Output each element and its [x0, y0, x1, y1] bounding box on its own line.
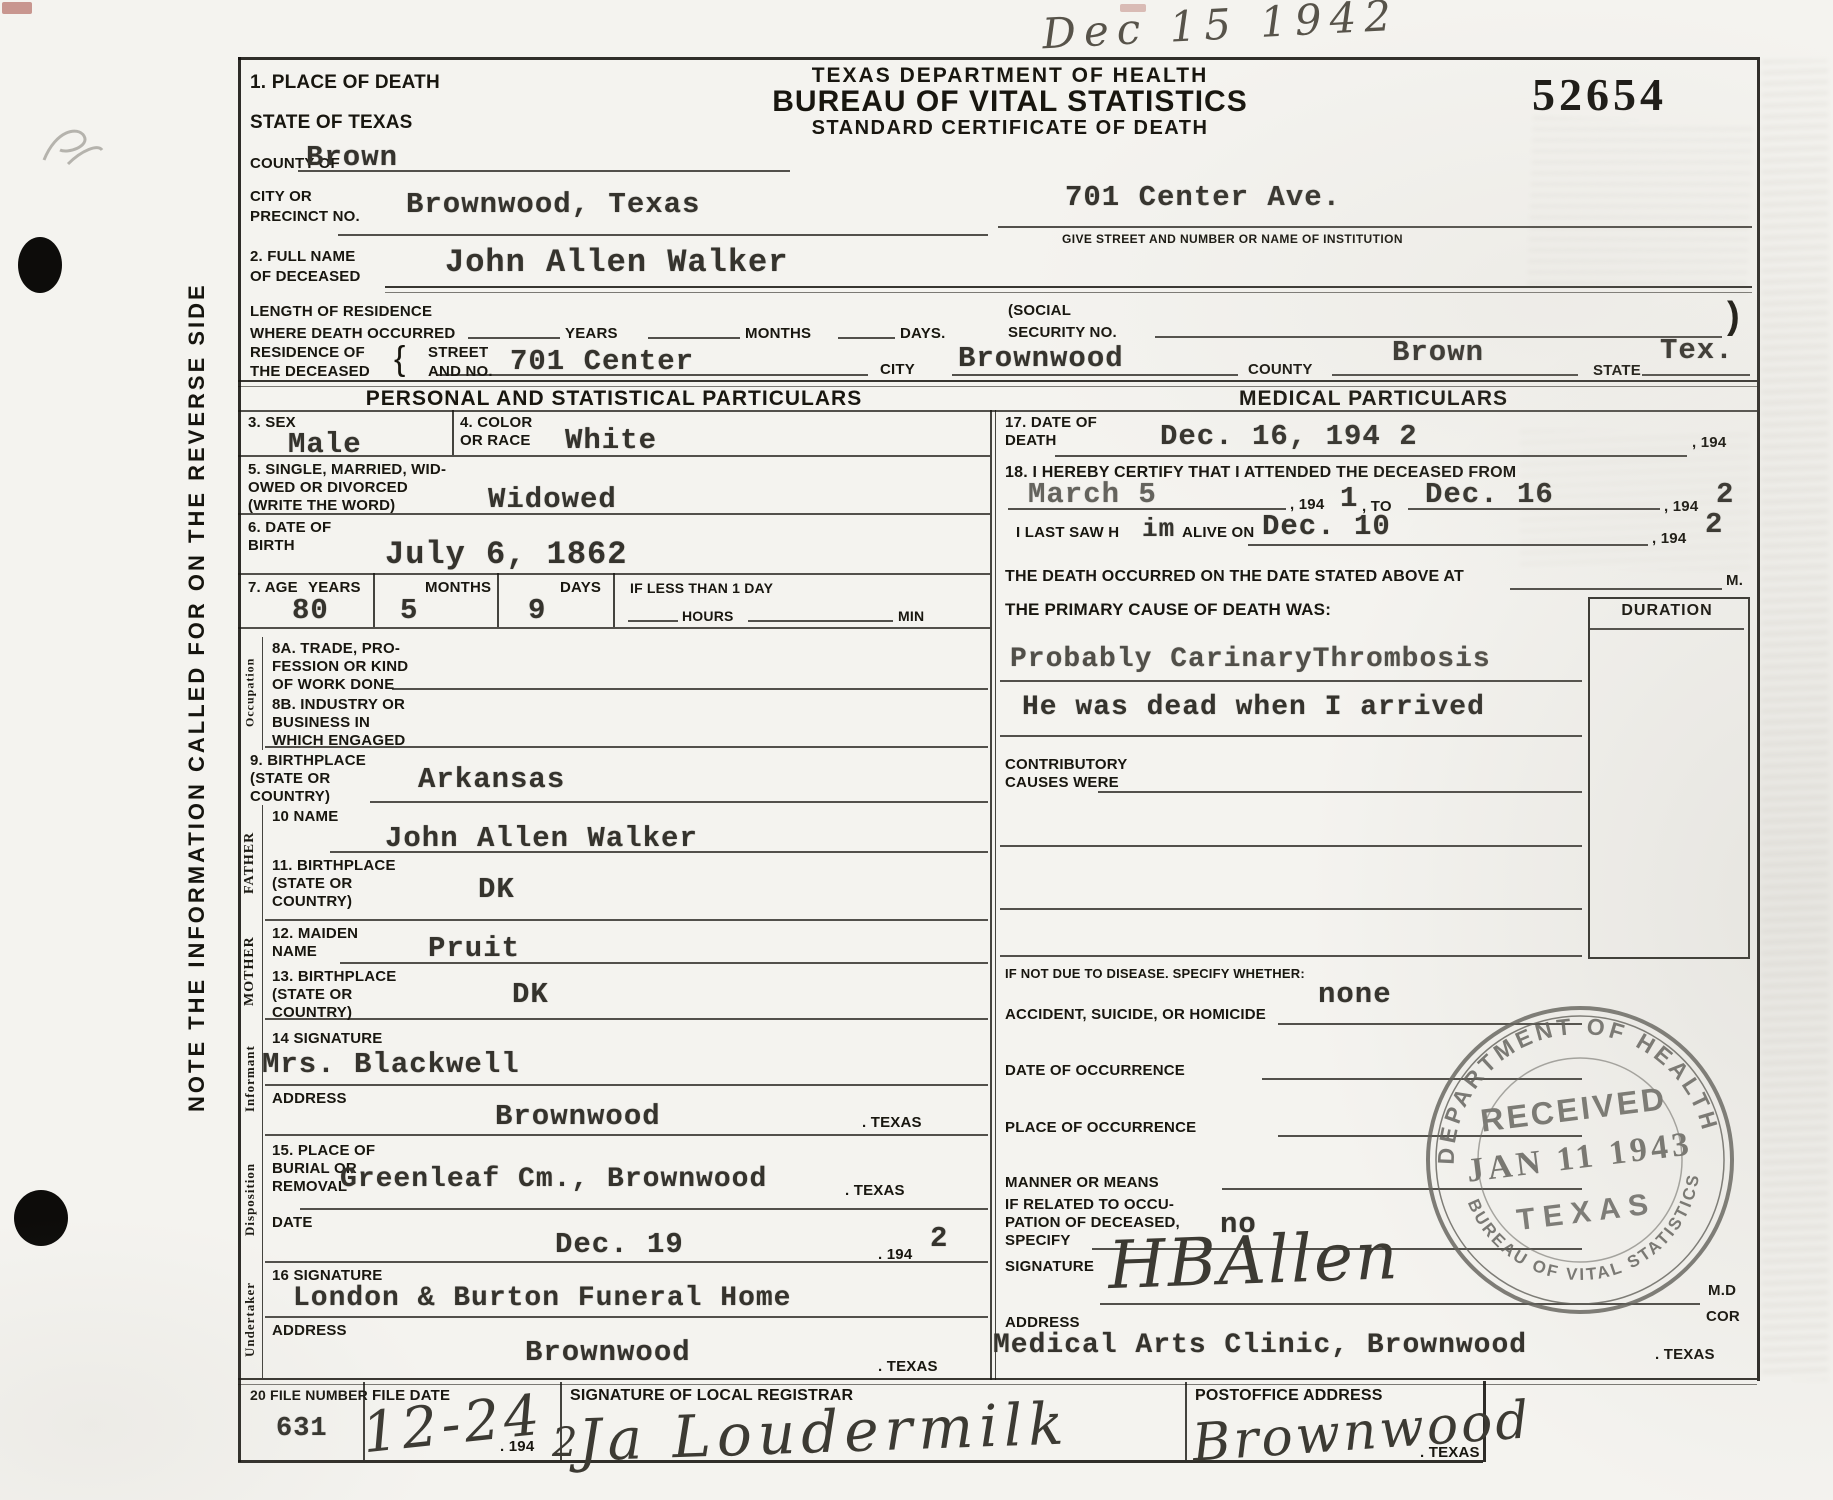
rule [1642, 374, 1750, 376]
red-mark [2, 2, 32, 14]
cell-divider [452, 410, 454, 455]
date-occurrence-label: DATE OF OCCURRENCE [1005, 1062, 1185, 1079]
top-filing-note: Dec 15 1942 [1041, 0, 1400, 58]
sidebar-divider [262, 805, 263, 1378]
rule [1008, 508, 1286, 510]
trade-label2: FESSION OR KIND [272, 658, 408, 675]
rule [648, 337, 740, 339]
date-of-death-label2: DEATH [1005, 432, 1057, 449]
hours-label: HOURS [682, 608, 734, 624]
res-county-value: Brown [1392, 336, 1484, 369]
father-birthplace-label3: COUNTRY) [272, 893, 352, 910]
rule [265, 1134, 988, 1136]
birthplace-label: 9. BIRTHPLACE [250, 752, 366, 769]
informant-signature-label: 14 SIGNATURE [272, 1030, 382, 1047]
burial-date-label: DATE [272, 1214, 313, 1231]
bleed-through-artifact [1527, 116, 1753, 294]
burial-date-year-value: 2 [930, 1222, 948, 1255]
father-group-label: FATHER [238, 805, 262, 920]
burial-label: 15. PLACE OF [272, 1142, 375, 1159]
rule [298, 170, 790, 172]
place-of-death-label: 1. PLACE OF DEATH [250, 72, 440, 94]
paren-close: ) [1727, 295, 1740, 338]
pencil-scribble [38, 120, 108, 190]
years-label: YEARS [565, 325, 618, 342]
age-months-label: MONTHS [425, 579, 491, 596]
mother-birthplace-label2: (STATE OR [272, 986, 352, 1003]
file-date-year-value: 2 [552, 1420, 577, 1466]
rule [238, 410, 1757, 412]
undertaker-address-state: . TEXAS [878, 1358, 938, 1375]
file-date-year: . 194 [500, 1438, 534, 1455]
rule [1000, 735, 1582, 737]
manner-means-label: MANNER OR MEANS [1005, 1174, 1159, 1191]
fullname-label2: OF DECEASED [250, 268, 361, 285]
rule [392, 688, 988, 690]
deceased-name-value: John Allen Walker [445, 244, 788, 281]
file-number-value: 631 [276, 1414, 328, 1444]
marital-label3: (WRITE THE WORD) [248, 497, 395, 514]
undertaker-address-label: ADDRESS [272, 1322, 347, 1339]
mother-birthplace-label: 13. BIRTHPLACE [272, 968, 397, 985]
age-months-value: 5 [400, 594, 418, 627]
father-birthplace-label2: (STATE OR [272, 875, 352, 892]
less-than-day-label: IF LESS THAN 1 DAY [630, 580, 773, 596]
rule [370, 801, 988, 803]
father-name-label: 10 NAME [272, 808, 338, 825]
primary-cause-label: THE PRIMARY CAUSE OF DEATH WAS: [1005, 600, 1331, 620]
informant-address-value: Brownwood [495, 1100, 661, 1133]
rule [628, 620, 678, 622]
death-certificate-scan: Dec 15 1942 NOTE THE INFORMATION CALLED … [0, 0, 1833, 1500]
ssn-label: (SOCIAL [1008, 302, 1071, 319]
sidebar-divider [262, 637, 263, 750]
last-saw-year-value: 2 [1705, 508, 1723, 541]
frame-top [238, 57, 1757, 60]
physician-signature-label: SIGNATURE [1005, 1258, 1094, 1275]
residence-length-label: LENGTH OF RESIDENCE [250, 303, 432, 320]
cor-label: COR [1706, 1308, 1740, 1325]
marital-value: Widowed [488, 483, 617, 516]
contributory-label2: CAUSES WERE [1005, 774, 1119, 791]
hole-punch-top [18, 237, 62, 293]
rule [1332, 374, 1578, 376]
father-birthplace-label: 11. BIRTHPLACE [272, 857, 396, 874]
industry-label: 8B. INDUSTRY OR [272, 696, 405, 713]
months-label: MONTHS [745, 325, 811, 342]
street-caption: GIVE STREET AND NUMBER OR NAME OF INSTIT… [1062, 232, 1403, 246]
rule [468, 337, 560, 339]
color-race-label: 4. COLOR [460, 414, 532, 431]
street-no-label2: AND NO. [428, 363, 493, 380]
res-state-label: STATE [1593, 362, 1641, 379]
rule [265, 1316, 988, 1318]
rule [748, 620, 893, 622]
fullname-label: 2. FULL NAME [250, 248, 355, 265]
cell-divider [497, 573, 499, 627]
burial-label3: REMOVAL [272, 1178, 347, 1195]
maiden-name-value: Pruit [428, 932, 520, 965]
physician-address-label: ADDRESS [1005, 1314, 1080, 1331]
duration-label: DURATION [1590, 602, 1744, 620]
burial-place-value: Greenleaf Cm., Brownwood [340, 1164, 767, 1195]
rule [438, 374, 868, 376]
residence-length-label2: WHERE DEATH OCCURRED [250, 325, 455, 342]
rule [238, 1378, 1757, 1385]
margin-note: NOTE THE INFORMATION CALLED FOR ON THE R… [184, 282, 210, 1112]
informant-signature-value: Mrs. Blackwell [262, 1048, 520, 1081]
column-divider [995, 410, 996, 1380]
residence-of-label2: THE DECEASED [250, 363, 370, 380]
days-label: DAYS. [900, 325, 945, 342]
birthplace-label2: (STATE OR [250, 770, 330, 787]
age-years-value: 80 [292, 594, 329, 627]
rule [238, 380, 1757, 387]
rule [340, 962, 988, 964]
age-days-label: DAYS [560, 579, 601, 596]
cause-of-death-value: Probably CarinaryThrombosis [1010, 644, 1491, 675]
last-saw-value: Dec. 10 [1262, 510, 1391, 543]
attended-to-year-value: 2 [1716, 478, 1734, 511]
rule [1000, 908, 1582, 910]
death-occurred-suffix: M. [1726, 572, 1743, 589]
street-address-value: 701 Center Ave. [1065, 181, 1341, 214]
cause-of-death-note: He was dead when I arrived [1022, 692, 1485, 723]
maiden-name-label2: NAME [272, 943, 317, 960]
rule [1000, 680, 1582, 682]
hole-punch-bottom [14, 1190, 68, 1246]
attended-to-value: Dec. 16 [1425, 478, 1554, 511]
state-of-texas-label: STATE OF TEXAS [250, 112, 413, 134]
marital-label2: OWED OR DIVORCED [248, 479, 408, 496]
res-county-label: COUNTY [1248, 361, 1313, 378]
attended-from-value: March 5 [1028, 478, 1157, 511]
footer-divider [1185, 1382, 1187, 1460]
burial-date-value: Dec. 19 [555, 1228, 684, 1261]
undertaker-signature-label: 16 SIGNATURE [272, 1267, 382, 1284]
title-line2: BUREAU OF VITAL STATISTICS [620, 85, 1400, 119]
rule [1510, 588, 1722, 590]
occupation-group-label: Occupation [238, 637, 262, 747]
received-stamp: DEPARTMENT OF HEALTH BUREAU OF VITAL STA… [1396, 976, 1764, 1344]
rule [330, 851, 988, 853]
physician-signature: HBAllen [1107, 1217, 1401, 1304]
disposition-group-label: Disposition [238, 1138, 262, 1261]
birthplace-label3: COUNTRY) [250, 788, 330, 805]
specify-label: SPECIFY [1005, 1232, 1071, 1249]
contributory-label: CONTRIBUTORY [1005, 756, 1127, 773]
city-value: Brownwood, Texas [406, 188, 700, 221]
rule [1000, 845, 1582, 847]
informant-address-state: . TEXAS [862, 1114, 922, 1131]
min-label: MIN [898, 608, 924, 624]
postoffice-state: . TEXAS [1420, 1444, 1480, 1461]
occupation-related-label: IF RELATED TO OCCU- [1005, 1196, 1174, 1213]
rule [998, 226, 1752, 228]
residence-of-label: RESIDENCE OF [250, 344, 365, 361]
rule [238, 513, 990, 515]
color-race-value: White [565, 424, 657, 457]
informant-group-label: Informant [238, 1022, 262, 1135]
father-birthplace-value: DK [478, 873, 515, 906]
brace: { [394, 340, 406, 379]
informant-address-label: ADDRESS [272, 1090, 347, 1107]
age-days-value: 9 [528, 594, 546, 627]
undertaker-group-label: Undertaker [238, 1264, 262, 1376]
burial-state: . TEXAS [845, 1182, 905, 1199]
stamp-texas: TEXAS [1515, 1187, 1658, 1237]
rule [838, 337, 895, 339]
res-city-label: CITY [880, 361, 915, 378]
rule [952, 374, 1238, 376]
trade-label: 8A. TRADE, PRO- [272, 640, 400, 657]
city-label: CITY OR [250, 188, 312, 205]
marital-label: 5. SINGLE, MARRIED, WID- [248, 461, 446, 478]
city-label2: PRECINCT NO. [250, 208, 360, 225]
birthplace-value: Arkansas [418, 763, 565, 796]
dob-label: 6. DATE OF [248, 519, 331, 536]
rule [300, 1208, 988, 1210]
street-no-label: STREET [428, 344, 488, 361]
last-saw-year-label: , 194 [1652, 530, 1686, 547]
column-divider [990, 410, 992, 1380]
attended-to-year-label: , 194 [1664, 498, 1698, 515]
certificate-number: 52654 [1532, 68, 1667, 121]
date-of-death-label: 17. DATE OF [1005, 414, 1097, 431]
rule [1055, 455, 1687, 457]
rule [1000, 955, 1582, 957]
accident-label: ACCIDENT, SUICIDE, OR HOMICIDE [1005, 1006, 1266, 1023]
title-line3: STANDARD CERTIFICATE OF DEATH [620, 117, 1400, 140]
trade-label3: OF WORK DONE [272, 676, 394, 693]
duration-box [1588, 597, 1750, 959]
rule [265, 1261, 988, 1263]
res-state-value: Tex. [1660, 334, 1734, 367]
rule [1408, 508, 1660, 510]
rule [1248, 544, 1648, 546]
color-race-label2: OR RACE [460, 432, 531, 449]
res-city-value: Brownwood [958, 342, 1124, 375]
date-of-death-value: Dec. 16, 194 2 [1160, 420, 1418, 453]
rule [238, 627, 990, 629]
maiden-name-label: 12. MAIDEN [272, 925, 358, 942]
medical-section-header: MEDICAL PARTICULARS [990, 387, 1757, 411]
physician-address-state: . TEXAS [1655, 1346, 1715, 1363]
personal-section-header: PERSONAL AND STATISTICAL PARTICULARS [238, 387, 990, 411]
death-occurred-label: THE DEATH OCCURRED ON THE DATE STATED AB… [1005, 568, 1464, 586]
industry-label2: BUSINESS IN [272, 714, 370, 731]
age-label: 7. AGE [248, 579, 298, 596]
rule [265, 919, 988, 921]
cell-divider [613, 573, 615, 627]
last-saw-fill: im [1142, 514, 1175, 544]
undertaker-signature-value: London & Burton Funeral Home [293, 1283, 791, 1314]
alive-on-label: ALIVE ON [1182, 524, 1254, 541]
dob-value: July 6, 1862 [385, 536, 627, 573]
rule [265, 1084, 988, 1086]
mother-group-label: MOTHER [238, 923, 262, 1019]
undertaker-address-value: Brownwood [525, 1336, 691, 1369]
place-occurrence-label: PLACE OF OCCURRENCE [1005, 1119, 1196, 1136]
rule [238, 455, 990, 457]
rule [1590, 628, 1744, 630]
cell-divider [373, 573, 375, 627]
dod-year-suffix: , 194 [1692, 434, 1726, 451]
ssn-label2: SECURITY NO. [1008, 324, 1117, 341]
mother-birthplace-value: DK [512, 978, 549, 1011]
rule [1098, 791, 1582, 793]
dob-label2: BIRTH [248, 537, 295, 554]
file-number-label: 20 FILE NUMBER [250, 1387, 368, 1403]
rule [265, 746, 988, 748]
bleed-through-artifact [1762, 60, 1828, 1380]
not-disease-label: IF NOT DUE TO DISEASE. SPECIFY WHETHER: [1005, 966, 1305, 981]
last-saw-label: I LAST SAW H [1016, 524, 1119, 541]
rule [265, 1018, 988, 1020]
rule [385, 286, 1752, 293]
frame-right [1757, 57, 1760, 1381]
accident-value: none [1318, 978, 1392, 1011]
rule [338, 234, 988, 236]
